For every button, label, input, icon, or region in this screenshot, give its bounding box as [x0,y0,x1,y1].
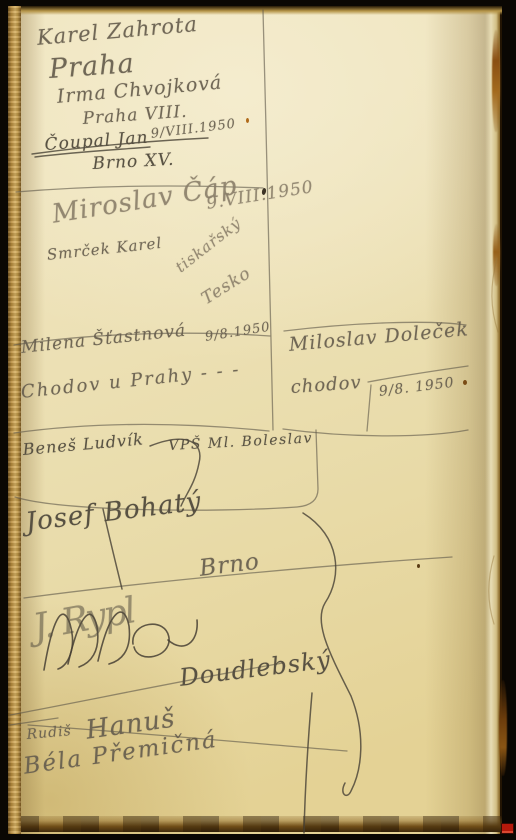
red-marker [501,823,514,834]
fold-crease-curves [489,258,498,624]
entry-3-place: Brno XV. [92,150,175,174]
scanned-guestbook-page: Karel Zahrota Praha Irma Chvojková Praha… [0,0,516,840]
pencil-lines-layer [0,0,516,840]
